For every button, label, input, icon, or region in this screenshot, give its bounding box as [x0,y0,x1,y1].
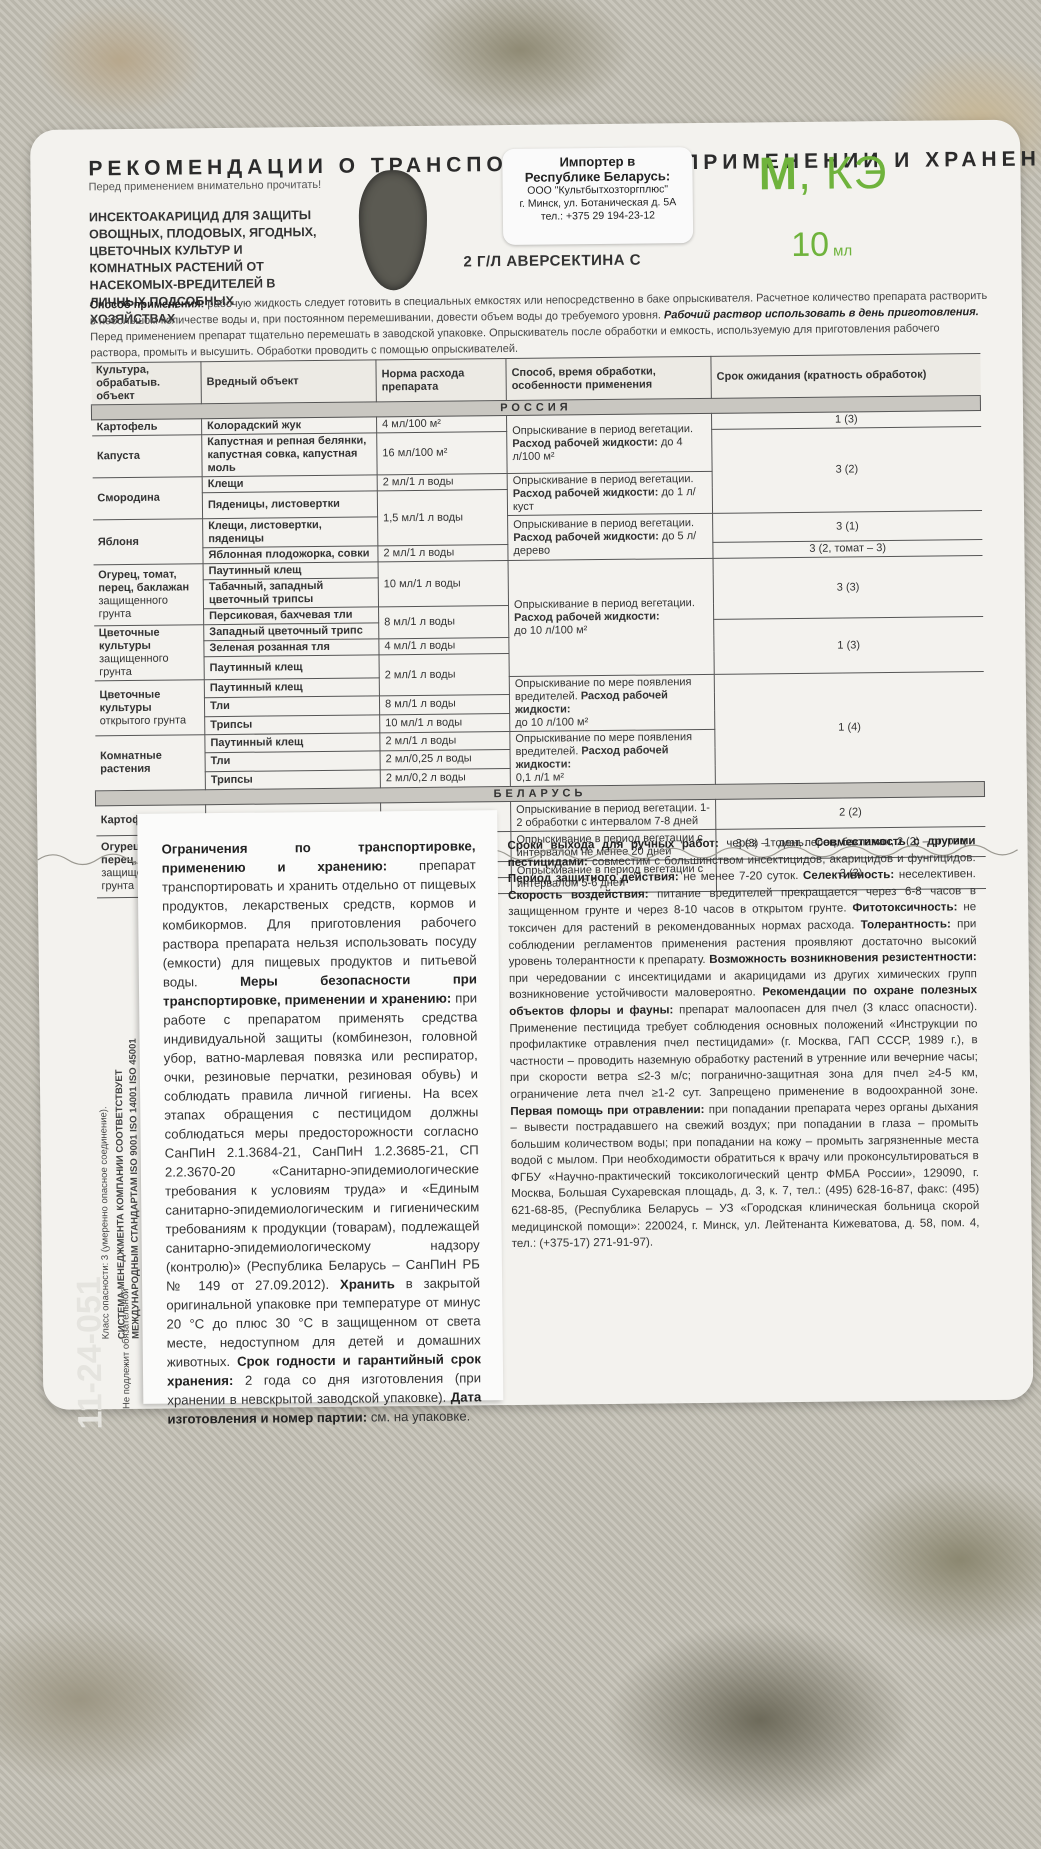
rate-cell: 2 мл/1 л воды [380,732,510,752]
crop-cell: Цветочные культурызащищенного грунта [94,625,205,681]
iso-line-1: СИСТЕМА МЕНЕДЖМЕНТА КОМПАНИИ СООТВЕТСТВУ… [114,1069,128,1339]
pest-cell: Клещи, листовертки, пяденицы [203,517,378,548]
wait-cell: 1 (4) [714,672,984,785]
formulation: , КЭ [798,146,888,199]
rate-cell: 1,5 мл/1 л воды [377,490,508,546]
method-cell: Опрыскивание в период вегетации. 1-2 обр… [511,799,716,831]
active-ingredient: 2 Г/Л АВЕРСЕКТИНА С [463,252,641,271]
pest-cell: Табачный, западный цветочный трипсы [203,578,378,609]
crop-cell: Цветочные культурыоткрытого грунта [94,680,205,736]
pest-cell: Колорадский жук [202,417,377,435]
brand-end: М [758,147,798,199]
method-cell: Опрыскивание в период вегетации.Расход р… [508,558,714,676]
rate-cell: 10 мл/1 л воды [380,713,510,733]
rate-cell: 2 мл/0,2 л воды [380,768,510,788]
rate-cell: 10 мл/1 л воды [378,561,508,607]
importer-address: г. Минск, ул. Ботаническая д. 5А [503,196,693,211]
col-wait: Срок ожидания (кратность обработок) [711,354,980,399]
rate-cell: 2 мл/1 л воды [377,474,507,491]
importer-phone: тел.: +375 29 194-23-12 [503,209,693,224]
usage-instructions: Способ применения: рабочую жидкость след… [90,288,991,361]
pest-cell: Трипсы [205,770,380,790]
flap-heading-storage: Хранить [340,1276,395,1292]
rate-cell: 4 мл/1 л воды [379,638,509,655]
pest-cell: Западный цветочный трипс [204,623,379,641]
rate-cell: 16 мл/100 м² [377,432,507,475]
usage-label: Способ применения: [90,298,205,311]
volume-value: 10 [791,226,829,264]
pest-cell: Зеленая розанная тля [204,639,379,657]
method-cell: Опрыскивание в период вегетации.Расход р… [507,413,713,473]
method-cell: Опрыскивание по мере появления вредителе… [510,729,716,786]
crop-cell: Комнатные растения [95,735,206,791]
read-first-notice: Перед применением внимательно прочитать! [89,179,322,193]
crop-cell: Огурец, томат, перец, баклажанзащищенног… [93,564,204,626]
wait-cell: 2 (2) [716,797,985,830]
hang-hole [358,170,427,291]
wait-cell: 3 (3) [713,556,983,620]
method-cell: Опрыскивание по мере появления вредителе… [509,674,715,731]
rate-cell: 8 мл/1 л воды [379,695,509,715]
pest-cell: Персиковая, бахчевая тли [204,607,379,625]
rate-cell: 2 мл/1 л воды [379,654,509,697]
pest-cell: Капустная и репная белянки, капустная со… [202,433,377,477]
pest-cell: Яблонная плодожорка, совки [203,546,378,564]
method-cell: Опрыскивание в период вегетации.Расход р… [508,513,713,560]
wait-cell: 3 (1) [713,511,982,543]
col-crop: Культура, обрабатыв. объект [91,362,201,405]
crop-cell: Яблоня [93,519,203,565]
wait-cell: 3 (2) [712,427,982,514]
importer-sticker: Импортер в Республике Беларусь: ООО "Кул… [502,147,693,245]
method-cell: Опрыскивание в период вегетации.Расход р… [507,471,712,515]
hazard-class: Класс опасности: 3 (умеренно опасное сое… [98,1106,111,1339]
folded-flap[interactable]: Ограничения по транспортировке, применен… [137,810,503,1404]
crop-cell: Капуста [92,435,202,478]
volume-label: 10мл [791,225,852,265]
pest-cell: Пяденицы, листовертки [202,491,377,519]
pest-cell: Клещи [202,475,377,493]
wait-cell: 1 (3) [714,617,984,675]
col-pest: Вредный объект [201,360,376,404]
pest-cell: Тли [205,751,380,771]
pest-cell: Паутинный клещ [205,733,380,753]
pest-cell: Паутинный клещ [204,678,379,698]
crop-cell: Смородина [92,477,202,520]
pest-cell: Трипсы [205,715,380,735]
pest-cell: Тли [204,696,379,716]
pest-cell: Паутинный клещ [203,562,378,580]
rate-cell: 8 мл/1 л воды [379,606,509,639]
pest-cell: Паутинный клещ [204,655,379,680]
col-rate: Норма расхода препарата [376,359,506,402]
col-method: Способ, время обработки, особенности при… [506,356,711,400]
usage-warning: Рабочий раствор использовать в день приг… [664,306,979,321]
volume-unit: мл [833,242,852,259]
product-card: РЕКОМЕНДАЦИИ О ТРАНСПОРТИРОВКЕ, ПРИМЕНЕН… [30,120,1033,1410]
rate-cell: 2 мл/1 л воды [378,545,508,562]
rate-cell: 2 мл/0,25 л воды [380,750,510,770]
rate-cell: 4 мл/100 м² [377,416,507,433]
right-panel-text: Сроки выхода для ручных работ: через 1 д… [507,833,979,1253]
crop-cell: Картофель [92,419,202,436]
